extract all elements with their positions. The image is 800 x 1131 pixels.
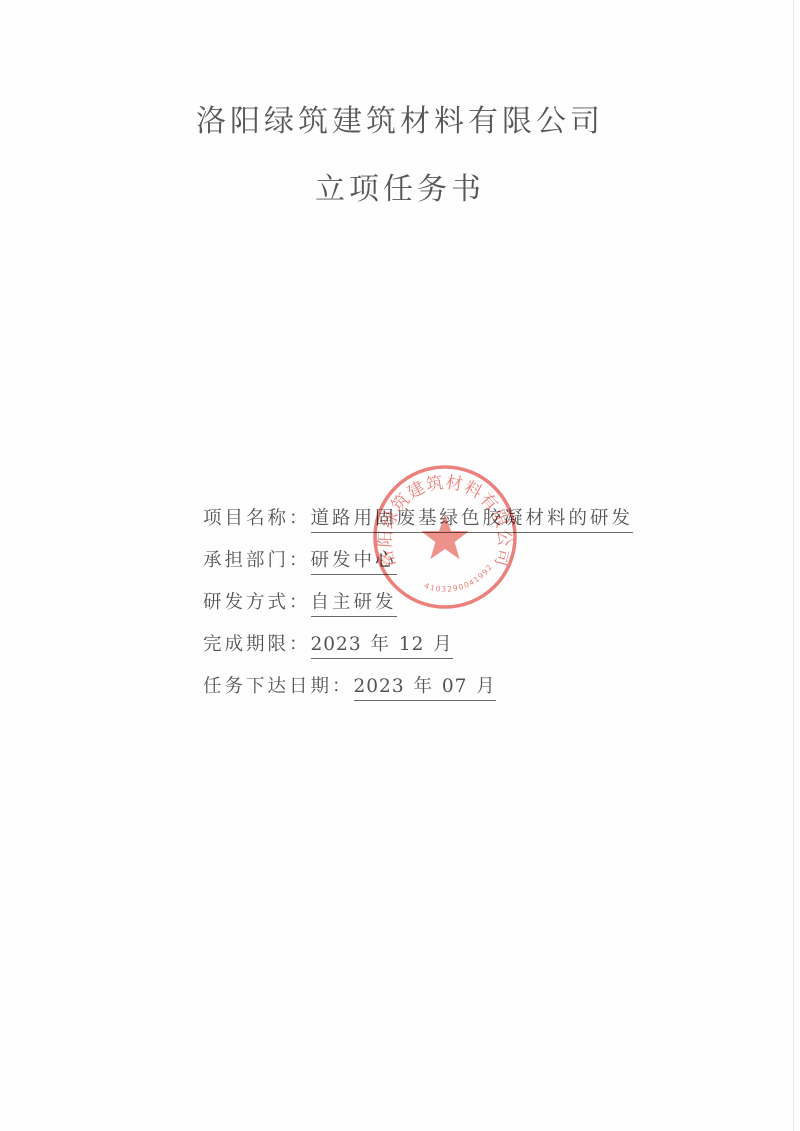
field-label: 承担部门： (203, 548, 311, 574)
field-project-name: 项目名称： 道路用固废基绿色胶凝材料的研发 (203, 506, 633, 548)
field-issue-date: 任务下达日期： 2023 年 07 月 (203, 674, 633, 716)
document-page: 洛阳绿筑建筑材料有限公司 立项任务书 项目名称： 道路用固废基绿色胶凝材料的研发… (0, 0, 800, 1131)
field-value: 2023 年 07 月 (354, 674, 496, 701)
field-department: 承担部门： 研发中心 (203, 548, 633, 590)
field-value: 道路用固废基绿色胶凝材料的研发 (311, 506, 634, 533)
field-deadline: 完成期限： 2023 年 12 月 (203, 632, 633, 674)
project-info-fields: 项目名称： 道路用固废基绿色胶凝材料的研发 承担部门： 研发中心 研发方式： 自… (203, 506, 633, 716)
company-title: 洛阳绿筑建筑材料有限公司 (0, 104, 800, 140)
field-label: 项目名称： (203, 506, 311, 532)
document-title: 立项任务书 (0, 172, 800, 208)
field-label: 任务下达日期： (203, 674, 354, 700)
field-value: 研发中心 (311, 548, 397, 575)
scan-edge-line (793, 0, 794, 1131)
field-value: 自主研发 (311, 590, 397, 617)
field-label: 研发方式： (203, 590, 311, 616)
field-value: 2023 年 12 月 (311, 632, 453, 659)
field-label: 完成期限： (203, 632, 311, 658)
field-rd-method: 研发方式： 自主研发 (203, 590, 633, 632)
